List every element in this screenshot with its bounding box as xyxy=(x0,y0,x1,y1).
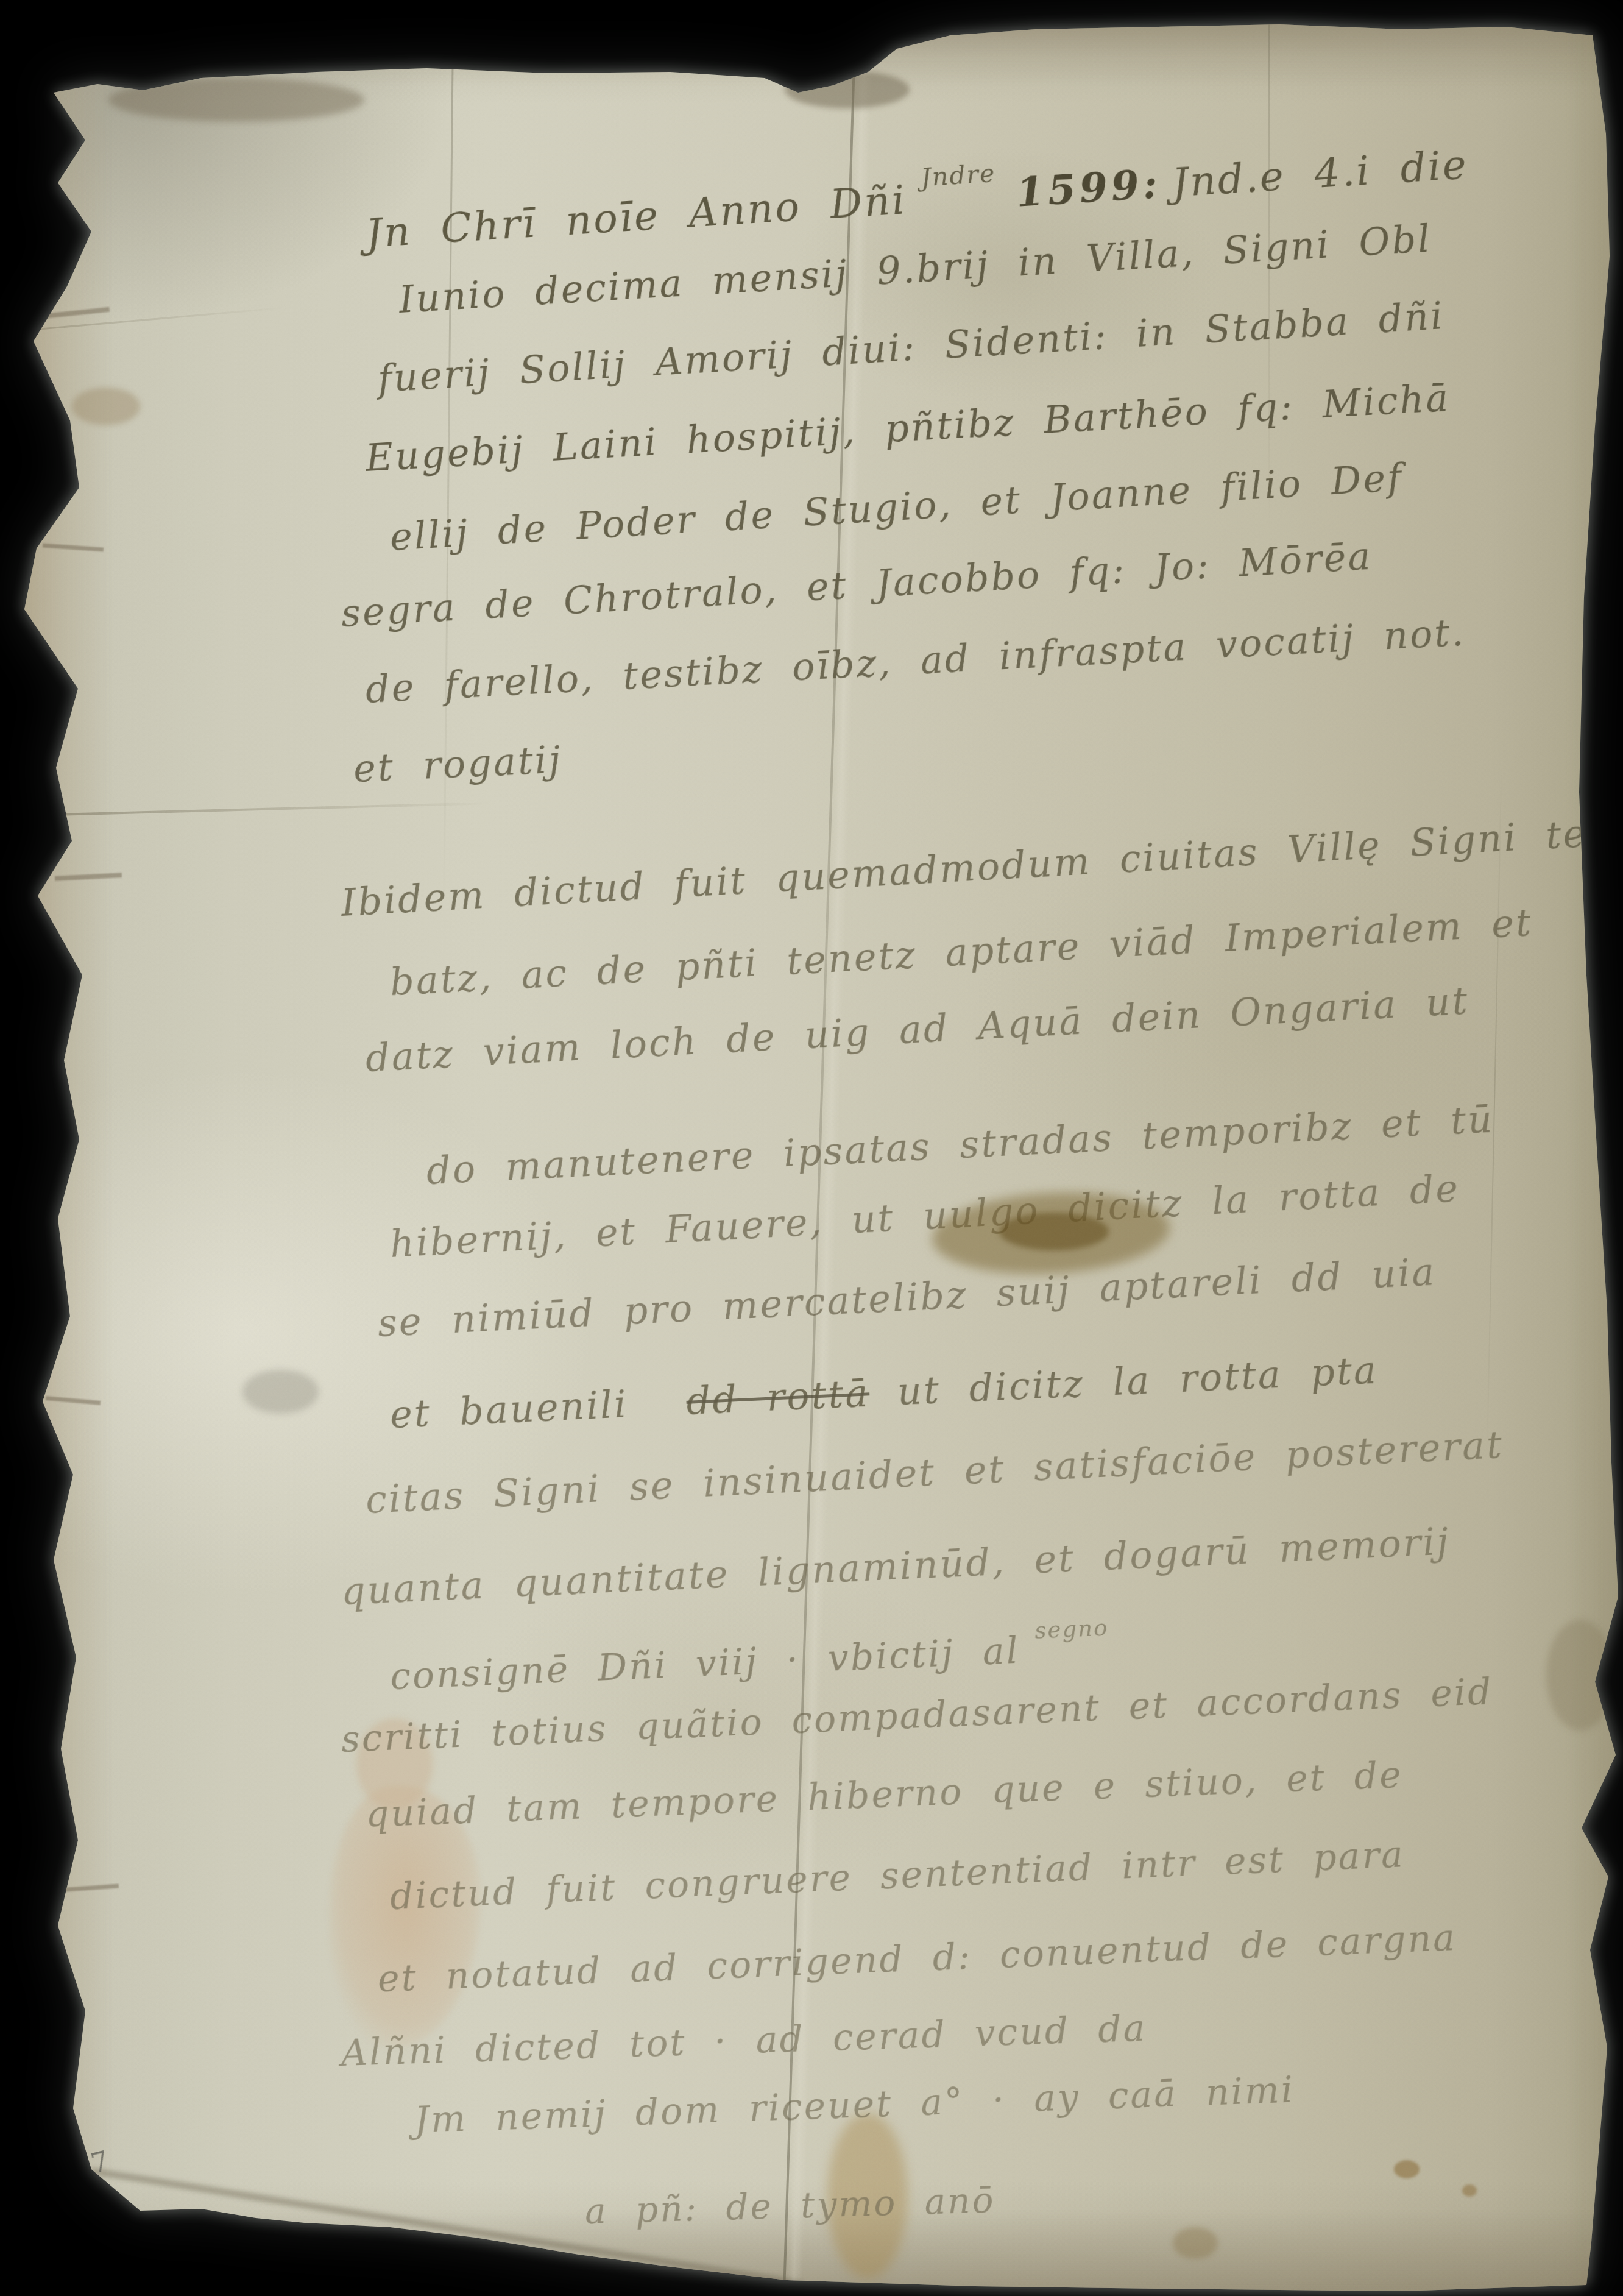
manuscript-text-line: et rogatij xyxy=(352,737,563,790)
top-notch-soil xyxy=(785,71,910,108)
year-1599: 1599: xyxy=(1015,160,1162,216)
pencil-corner-mark: 7 xyxy=(88,2145,112,2180)
edge-soil-spot xyxy=(72,388,140,425)
line-text: ut dicitz la rotta pta xyxy=(896,1347,1379,1414)
foxing-spot xyxy=(1394,2160,1420,2178)
diagonal-crease-top-left xyxy=(25,306,286,331)
crossed-out-words: dd rottā xyxy=(685,1370,871,1423)
manuscript-text-line: quiad tam tempore hiberno que e stiuo, e… xyxy=(365,1754,1404,1836)
interlinear-word: Jndre xyxy=(920,158,996,193)
line-text: et bauenili xyxy=(389,1381,629,1437)
manuscript-text-line: a pñ: de tymo anō xyxy=(584,2179,995,2232)
right-edge-soil xyxy=(1546,1620,1614,1731)
paper-sheet: Jn Chrī noīe Anno DñiJndre1599:Jnd.e 4.i… xyxy=(0,0,1623,2296)
soiled-top-edge xyxy=(49,17,1611,85)
edge-tear xyxy=(55,873,122,881)
manuscript-text-line: consignē Dñi viij · vbictij alsegno xyxy=(389,1614,1119,1698)
manuscript-text-line: Alñni dicted tot · ad cerad vcud da xyxy=(341,2007,1148,2075)
foxing-spot xyxy=(1173,2227,1218,2259)
edge-tear xyxy=(43,544,104,552)
line-text: Jn Chrī noīe Anno Dñi xyxy=(364,176,908,257)
line-text: consignē Dñi viij · vbictij al xyxy=(389,1629,1020,1698)
gray-smudge xyxy=(242,1370,319,1414)
manuscript-text-line-strikethrough: et bauenilidd rottāut dicitz la rotta pt… xyxy=(389,1347,1379,1437)
manuscript-photo: Jn Chrī noīe Anno DñiJndre1599:Jnd.e 4.i… xyxy=(0,0,1623,2296)
right-edge-shading xyxy=(1567,24,1623,2296)
manuscript-text-line: quanta quantitate lignaminūd, et dogarū … xyxy=(340,1518,1451,1614)
foxing-spot xyxy=(1462,2184,1477,2197)
vertical-fold-crease-upper xyxy=(1268,24,1270,524)
manuscript-text-line: citas Signi se insinuaidet et satisfaciō… xyxy=(364,1422,1504,1522)
manuscript-text-line: se nimiūd pro mercatelibz suij aptareli … xyxy=(377,1249,1437,1345)
interlinear-word: segno xyxy=(1034,1614,1109,1644)
manuscript-text-line: dictud fuit congruere sententiad intr es… xyxy=(389,1833,1406,1918)
torn-left-edge-shading xyxy=(18,73,113,2241)
line-text: Jnd.e 4.i die xyxy=(1170,141,1469,206)
edge-tear xyxy=(46,1396,101,1405)
top-left-soil xyxy=(108,78,364,122)
manuscript-text-line: et notatud ad corrigend d: conuentud de … xyxy=(377,1916,1457,2000)
edge-tear xyxy=(37,307,110,319)
edge-tear xyxy=(58,1884,119,1893)
photo-black-backdrop: { "page": { "background_color": "#000000… xyxy=(0,0,1623,2296)
horizontal-fold-crease xyxy=(30,802,493,817)
manuscript-text-line: Jm nemij dom riceuet a° · ay caā nimi xyxy=(414,2069,1295,2142)
